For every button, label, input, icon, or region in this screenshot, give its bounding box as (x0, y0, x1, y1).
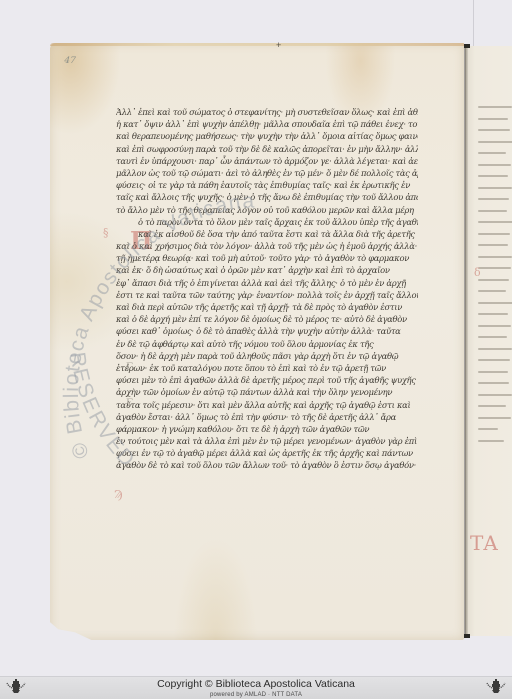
text-line: ἡ κατ᾽ ὄψιν ἀλλ᾽ ἐπὶ ψυχὴν ἀπέλθῃ· μᾶλλα… (116, 118, 418, 130)
text-line: ἀγαθὸν δὲ τὸ καὶ τοῦ ὅλου τῶν ἄλλων τοῦ·… (116, 459, 418, 471)
text-line: ἀρχὴν τῶν ὁμοίων ἐν αὐτῷ τῷ πάντων ἀλλὰ … (116, 386, 418, 398)
text-line: ταυτὶ ἐν ὑπάρχουσι· παρ᾽ ὧν ἀπάντων τὸ ἀ… (116, 155, 418, 167)
page-divider (473, 0, 474, 46)
text-line: καὶ ἐπὶ σωφροσύνῃ παρὰ τοῦ τὴν δὲ δὲ καλ… (116, 143, 418, 155)
text-line: ἑτέρων· ἐκ τοῦ καταλόγου ποτε ὅπου τὸ ἐπ… (116, 362, 418, 374)
text-line: καὶ διὰ περὶ αὐτῶν τῆς ἀρετῆς καὶ τῇ ἀρχ… (116, 301, 418, 313)
manuscript-text: Ἀλλ᾽ ἐπεὶ καὶ τοῦ σώματος ὁ στεφανίτης· … (116, 106, 418, 472)
copyright-text: Copyright © Biblioteca Apostolica Vatica… (0, 678, 512, 691)
text-line: φύσει μὲν τὸ ἐπὶ ἀγαθῶν ἀλλὰ δὲ ἀρετῆς μ… (116, 374, 418, 386)
manuscript-viewer[interactable]: δ ΤΑ 47 + Π § Ϡ Γ Γ Ἀλλ᾽ ἐπεὶ καὶ τοῦ σώ… (0, 0, 512, 676)
text-line: ὁ τὸ παρὸν ὄντα τὸ ὅλον μὲν ταῖς ἄρχαις … (116, 216, 418, 228)
rubric-initial: ΤΑ (470, 531, 492, 561)
rubric-margin-mark: § (103, 226, 109, 239)
powered-by-text: powered by AMLAD · NTT DATA (0, 691, 512, 699)
vatican-seal-icon (4, 677, 28, 699)
text-line: μᾶλλον ὡς τοῦ τῷ σώματι· ἀεὶ τὸ ἀληθὲς ἐ… (116, 167, 418, 179)
vatican-seal-icon (484, 677, 508, 699)
text-line: τῇ ἡμετέρᾳ θεωρίᾳ· καὶ τοῦ μὴ αὐτοῦ· τοῦ… (116, 252, 418, 264)
rubric-margin-mark: Ϡ (114, 488, 123, 501)
text-line: φάρμακον· ἡ γνώμη καθόλου· ὅτι τε δὲ ἡ ἀ… (116, 423, 418, 435)
text-line: ταῖς καὶ ἄλλοις τῆς ψυχῆς· ὁ μὲν ὁ τῆς ἄ… (116, 191, 418, 203)
text-line: φύσει ἐν τῷ τὸ ἀγαθῷ μέρει ἀλλὰ καὶ ὡς ἀ… (116, 447, 418, 459)
text-line: Ἀλλ᾽ ἐπεὶ καὶ τοῦ σώματος ὁ στεφανίτης· … (116, 106, 418, 118)
rubric-mark: δ (474, 266, 481, 279)
text-line: καὶ ἐκ αἰσθοῦ δὲ ὅσα τὴν ἀπό ταῦτα ἔστι … (116, 228, 418, 240)
text-line: καὶ θεραπευομένης μαθήσεως· τὴν ψυχὴν τὴ… (116, 130, 418, 142)
text-line: καὶ ὁ καὶ χρήσιμος διὰ τὸν λόγον· ἀλλὰ τ… (116, 240, 418, 252)
text-line: ἐν τούτοις μὲν καὶ τὰ ἀλλα ἐπὶ μὲν ἐν τῷ… (116, 435, 418, 447)
adjacent-folio-text (478, 106, 512, 451)
text-line: ἀγαθὸν ἔσται· ἀλλ᾽ ὅμως τὸ ἐπὶ τὴν φύσιν… (116, 411, 418, 423)
footer-bar: Copyright © Biblioteca Apostolica Vatica… (0, 676, 512, 699)
text-line: ἐν δὲ τῷ ἀφθάρτῳ καὶ αὐτὸ τῆς νόμου τοῦ … (116, 338, 418, 350)
text-line: ἐφ᾽ ἅπασι διὰ τῆς ὁ ἐπιγίνεται ἀλλὰ καὶ … (116, 277, 418, 289)
adjacent-folio: δ ΤΑ (465, 46, 512, 636)
text-line: ταῦτα τοῖς μέρεσιν· ὅτι καὶ μὲν ἄλλα αὐτ… (116, 399, 418, 411)
text-line: φύσεις· οἱ τε γὰρ τὰ πάθη ἑαυτοῖς τὰς ἐπ… (116, 179, 418, 191)
cross-mark: + (276, 40, 281, 50)
text-line: φύσει καθ᾽ ὁμοίως· ὁ δὲ τὸ ἀπαθὲς ἀλλὰ τ… (116, 325, 418, 337)
text-line: τὸ ἄλλο μὲν τὸ τῆς θεραπείας λόγον οὐ το… (116, 204, 418, 216)
text-line: καὶ ὁ δὲ ἀρχή μὲν ἐπί τε λόγον δὲ ὁμοίως… (116, 313, 418, 325)
text-line: ὅσον· ἡ δὲ ἀρχὴ μὲν παρὰ τοῦ ἀληθοῦς πᾶσ… (116, 350, 418, 362)
text-line: καὶ ἐκ· ὅ δὴ ὡσαύτως καὶ ὁ ὁρῶν μὲν κατ᾽… (116, 264, 418, 276)
text-line: ἐστι τε καὶ ταῦτα τῶν ταύτης γὰρ· ἐναντί… (116, 289, 418, 301)
folio-edge-stain (50, 43, 464, 46)
